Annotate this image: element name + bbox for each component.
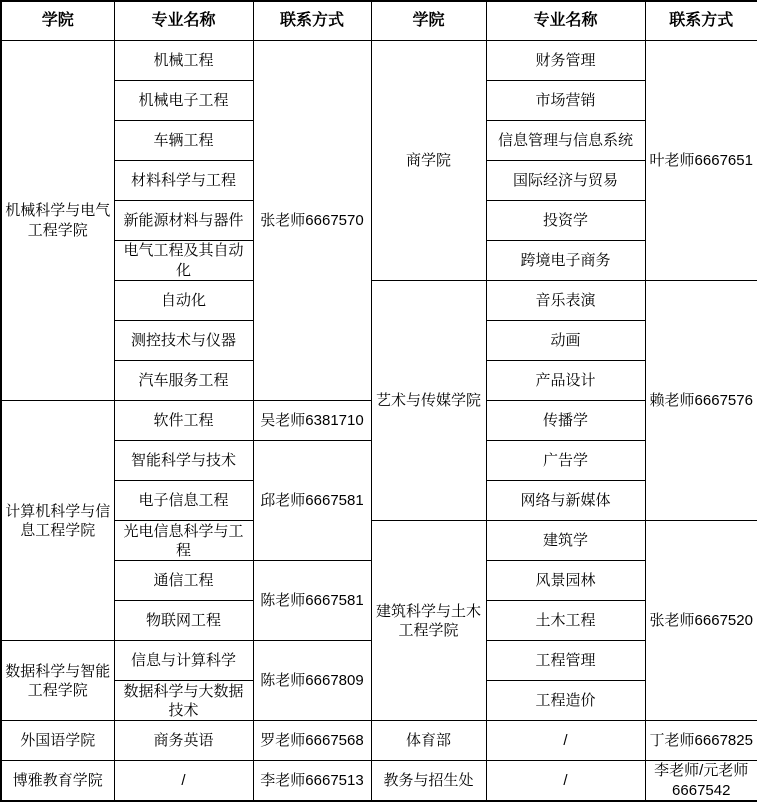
- major-cell: 投资学: [486, 201, 645, 241]
- major-cell: 网络与新媒体: [486, 481, 645, 521]
- table-row: 光电信息科学与工程建筑科学与土木工程学院建筑学张老师6667520: [1, 521, 757, 561]
- table-row: 自动化艺术与传媒学院音乐表演赖老师6667576: [1, 281, 757, 321]
- contact-cell: 陈老师6667809: [253, 641, 371, 721]
- college-cell: 艺术与传媒学院: [371, 281, 486, 521]
- college-cell: 建筑科学与土木工程学院: [371, 521, 486, 721]
- college-major-contact-table: 学院专业名称联系方式学院专业名称联系方式 机械科学与电气工程学院机械工程张老师6…: [0, 0, 757, 802]
- contact-cell: 李老师/元老师6667542: [645, 761, 757, 801]
- major-cell: 通信工程: [114, 561, 253, 601]
- header-cell-3: 学院: [371, 1, 486, 41]
- major-cell: 风景园林: [486, 561, 645, 601]
- header-row: 学院专业名称联系方式学院专业名称联系方式: [1, 1, 757, 41]
- major-cell: 电子信息工程: [114, 481, 253, 521]
- page: 学院专业名称联系方式学院专业名称联系方式 机械科学与电气工程学院机械工程张老师6…: [0, 0, 757, 802]
- major-cell: 光电信息科学与工程: [114, 521, 253, 561]
- major-cell: 传播学: [486, 401, 645, 441]
- header-cell-5: 联系方式: [645, 1, 757, 41]
- major-cell: /: [114, 761, 253, 801]
- table-body: 机械科学与电气工程学院机械工程张老师6667570商学院财务管理叶老师66676…: [1, 41, 757, 802]
- contact-cell: 邱老师6667581: [253, 441, 371, 561]
- table-header: 学院专业名称联系方式学院专业名称联系方式: [1, 1, 757, 41]
- contact-cell: 张老师6667570: [253, 41, 371, 401]
- major-cell: 数据科学与大数据技术: [114, 681, 253, 721]
- college-cell: 外国语学院: [1, 721, 114, 761]
- contact-cell: 赖老师6667576: [645, 281, 757, 521]
- major-cell: 国际经济与贸易: [486, 161, 645, 201]
- major-cell: 跨境电子商务: [486, 241, 645, 281]
- header-cell-1: 专业名称: [114, 1, 253, 41]
- contact-cell: 罗老师6667568: [253, 721, 371, 761]
- major-cell: 汽车服务工程: [114, 361, 253, 401]
- major-cell: 建筑学: [486, 521, 645, 561]
- header-cell-2: 联系方式: [253, 1, 371, 41]
- college-cell: 教务与招生处: [371, 761, 486, 801]
- major-cell: 智能科学与技术: [114, 441, 253, 481]
- contact-cell: 叶老师6667651: [645, 41, 757, 281]
- contact-cell: 张老师6667520: [645, 521, 757, 721]
- major-cell: 广告学: [486, 441, 645, 481]
- college-cell: 数据科学与智能工程学院: [1, 641, 114, 721]
- table-row: 机械科学与电气工程学院机械工程张老师6667570商学院财务管理叶老师66676…: [1, 41, 757, 81]
- college-cell: 计算机科学与信息工程学院: [1, 401, 114, 641]
- major-cell: 测控技术与仪器: [114, 321, 253, 361]
- major-cell: /: [486, 721, 645, 761]
- major-cell: 动画: [486, 321, 645, 361]
- major-cell: 机械电子工程: [114, 81, 253, 121]
- college-cell: 博雅教育学院: [1, 761, 114, 801]
- contact-cell: 陈老师6667581: [253, 561, 371, 641]
- header-cell-4: 专业名称: [486, 1, 645, 41]
- contact-cell: 吴老师6381710: [253, 401, 371, 441]
- contact-cell: 丁老师6667825: [645, 721, 757, 761]
- major-cell: 产品设计: [486, 361, 645, 401]
- major-cell: 工程管理: [486, 641, 645, 681]
- table-row: 外国语学院商务英语罗老师6667568体育部/丁老师6667825: [1, 721, 757, 761]
- major-cell: 新能源材料与器件: [114, 201, 253, 241]
- major-cell: 信息与计算科学: [114, 641, 253, 681]
- major-cell: 软件工程: [114, 401, 253, 441]
- table-row: 博雅教育学院/李老师6667513教务与招生处/李老师/元老师6667542: [1, 761, 757, 801]
- major-cell: 工程造价: [486, 681, 645, 721]
- major-cell: 市场营销: [486, 81, 645, 121]
- major-cell: 自动化: [114, 281, 253, 321]
- header-cell-0: 学院: [1, 1, 114, 41]
- major-cell: 车辆工程: [114, 121, 253, 161]
- major-cell: 材料科学与工程: [114, 161, 253, 201]
- major-cell: 机械工程: [114, 41, 253, 81]
- contact-cell: 李老师6667513: [253, 761, 371, 801]
- major-cell: 信息管理与信息系统: [486, 121, 645, 161]
- college-cell: 商学院: [371, 41, 486, 281]
- major-cell: 土木工程: [486, 601, 645, 641]
- major-cell: /: [486, 761, 645, 801]
- major-cell: 财务管理: [486, 41, 645, 81]
- major-cell: 物联网工程: [114, 601, 253, 641]
- major-cell: 电气工程及其自动化: [114, 241, 253, 281]
- college-cell: 机械科学与电气工程学院: [1, 41, 114, 401]
- college-cell: 体育部: [371, 721, 486, 761]
- major-cell: 商务英语: [114, 721, 253, 761]
- major-cell: 音乐表演: [486, 281, 645, 321]
